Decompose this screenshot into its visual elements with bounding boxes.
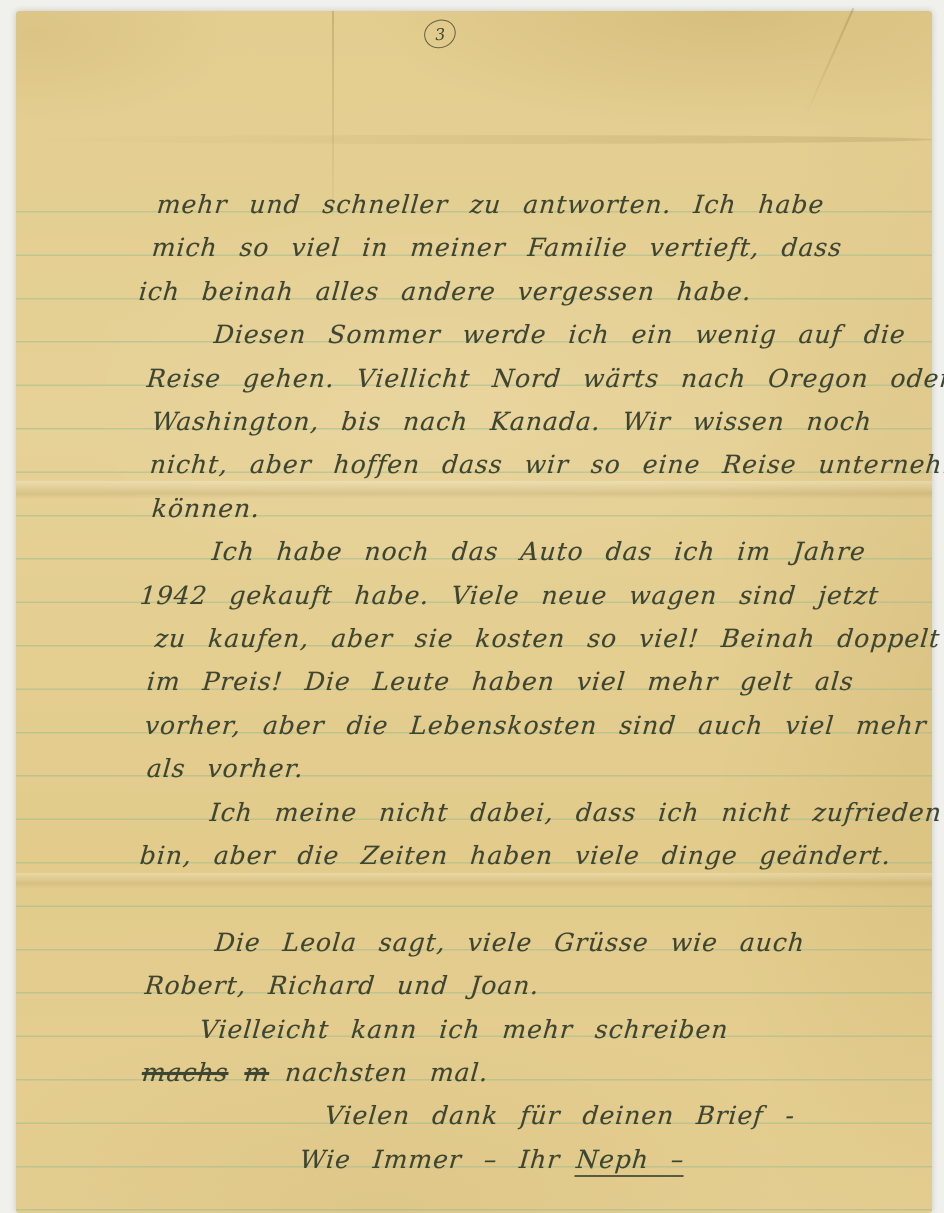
handwriting-text: mehr und schneller zu antworten. Ich hab… [156,190,826,219]
handwriting-line: nicht, aber hoffen dass wir so eine Reis… [148,443,944,487]
handwriting-line: können. [150,487,262,531]
handwriting-line: Reise gehen. Viellicht Nord wärts nach O… [145,357,944,401]
handwriting-line: 1942 gekauft habe. Viele neue wagen sind… [138,574,881,618]
handwriting-line: Wie Immer – IhrNeph – [298,1138,686,1182]
handwriting-text: ich beinah alles andere vergessen habe. [138,277,753,306]
handwriting-text: Robert, Richard und Joan. [144,971,541,1000]
handwriting-line: Washington, bis nach Kanada. Wir wissen … [150,400,874,444]
handwriting-text: Washington, bis nach Kanada. Wir wissen … [151,407,874,436]
handwriting-line: mehr und schneller zu antworten. Ich hab… [155,183,826,227]
handwriting-text: im Preis! Die Leute haben viel mehr gelt… [146,667,855,696]
handwriting-text: Diesen Sommer werde ich ein wenig auf di… [213,320,907,349]
handwriting-line: Vielleicht kann ich mehr schreiben [198,1008,730,1052]
handwriting-text: vorher, aber die Lebenskosten sind auch … [144,711,928,740]
handwriting-text: Die Leola sagt, viele Grüsse wie auch [214,928,807,957]
handwriting-line: Ich meine nicht dabei, dass ich nicht zu… [208,791,944,835]
handwriting-line: bin, aber die Zeiten haben viele dinge g… [138,834,893,878]
handwriting-text: nicht, aber hoffen dass wir so eine Reis… [149,450,944,479]
scan-background: { "document": { "type": "handwritten-let… [0,0,944,1213]
handwriting-line: Vielen dank für deinen Brief - [323,1094,797,1138]
handwriting-line: zu kaufen, aber sie kosten so viel! Bein… [153,617,942,661]
handwriting-text: mich so viel in meiner Familie vertieft,… [151,233,844,262]
handwriting-text: bin, aber die Zeiten haben viele dinge g… [139,841,893,870]
handwriting-line: Robert, Richard und Joan. [143,964,541,1008]
handwriting-text: Wie Immer – Ihr [299,1145,562,1174]
handwriting-line: Die Leola sagt, viele Grüsse wie auch [213,921,807,965]
handwriting-line: machsmnachsten mal. [140,1051,491,1095]
handwriting-text: Neph – [575,1145,686,1177]
letter-body: mehr und schneller zu antworten. Ich hab… [16,11,932,1213]
handwriting-text: Vielleicht kann ich mehr schreiben [199,1015,730,1044]
crossed-out-word: m [243,1058,270,1087]
handwriting-text: nachsten mal. [284,1058,490,1087]
handwriting-line: vorher, aber die Lebenskosten sind auch … [143,704,929,748]
handwriting-text: Reise gehen. Viellicht Nord wärts nach O… [146,364,944,393]
handwriting-line: als vorher. [145,747,306,791]
letter-page: 3 mehr und schneller zu antworten. Ich h… [16,11,932,1213]
handwriting-text: 1942 gekauft habe. Viele neue wagen sind… [139,581,881,610]
handwriting-line: ich beinah alles andere vergessen habe. [137,270,754,314]
handwriting-text: Ich meine nicht dabei, dass ich nicht zu… [209,798,944,827]
handwriting-line: Diesen Sommer werde ich ein wenig auf di… [212,313,908,357]
handwriting-text: Ich habe noch das Auto das ich im Jahre [211,537,867,566]
handwriting-text: als vorher. [146,754,305,783]
handwriting-line: Ich habe noch das Auto das ich im Jahre [210,530,868,574]
crossed-out-word: machs [141,1058,230,1087]
handwriting-line: im Preis! Die Leute haben viel mehr gelt… [145,660,856,704]
handwriting-text: Vielen dank für deinen Brief - [324,1101,797,1130]
handwriting-text: zu kaufen, aber sie kosten so viel! Bein… [154,624,942,653]
handwriting-text: können. [151,494,262,523]
handwriting-line: mich so viel in meiner Familie vertieft,… [150,226,844,270]
